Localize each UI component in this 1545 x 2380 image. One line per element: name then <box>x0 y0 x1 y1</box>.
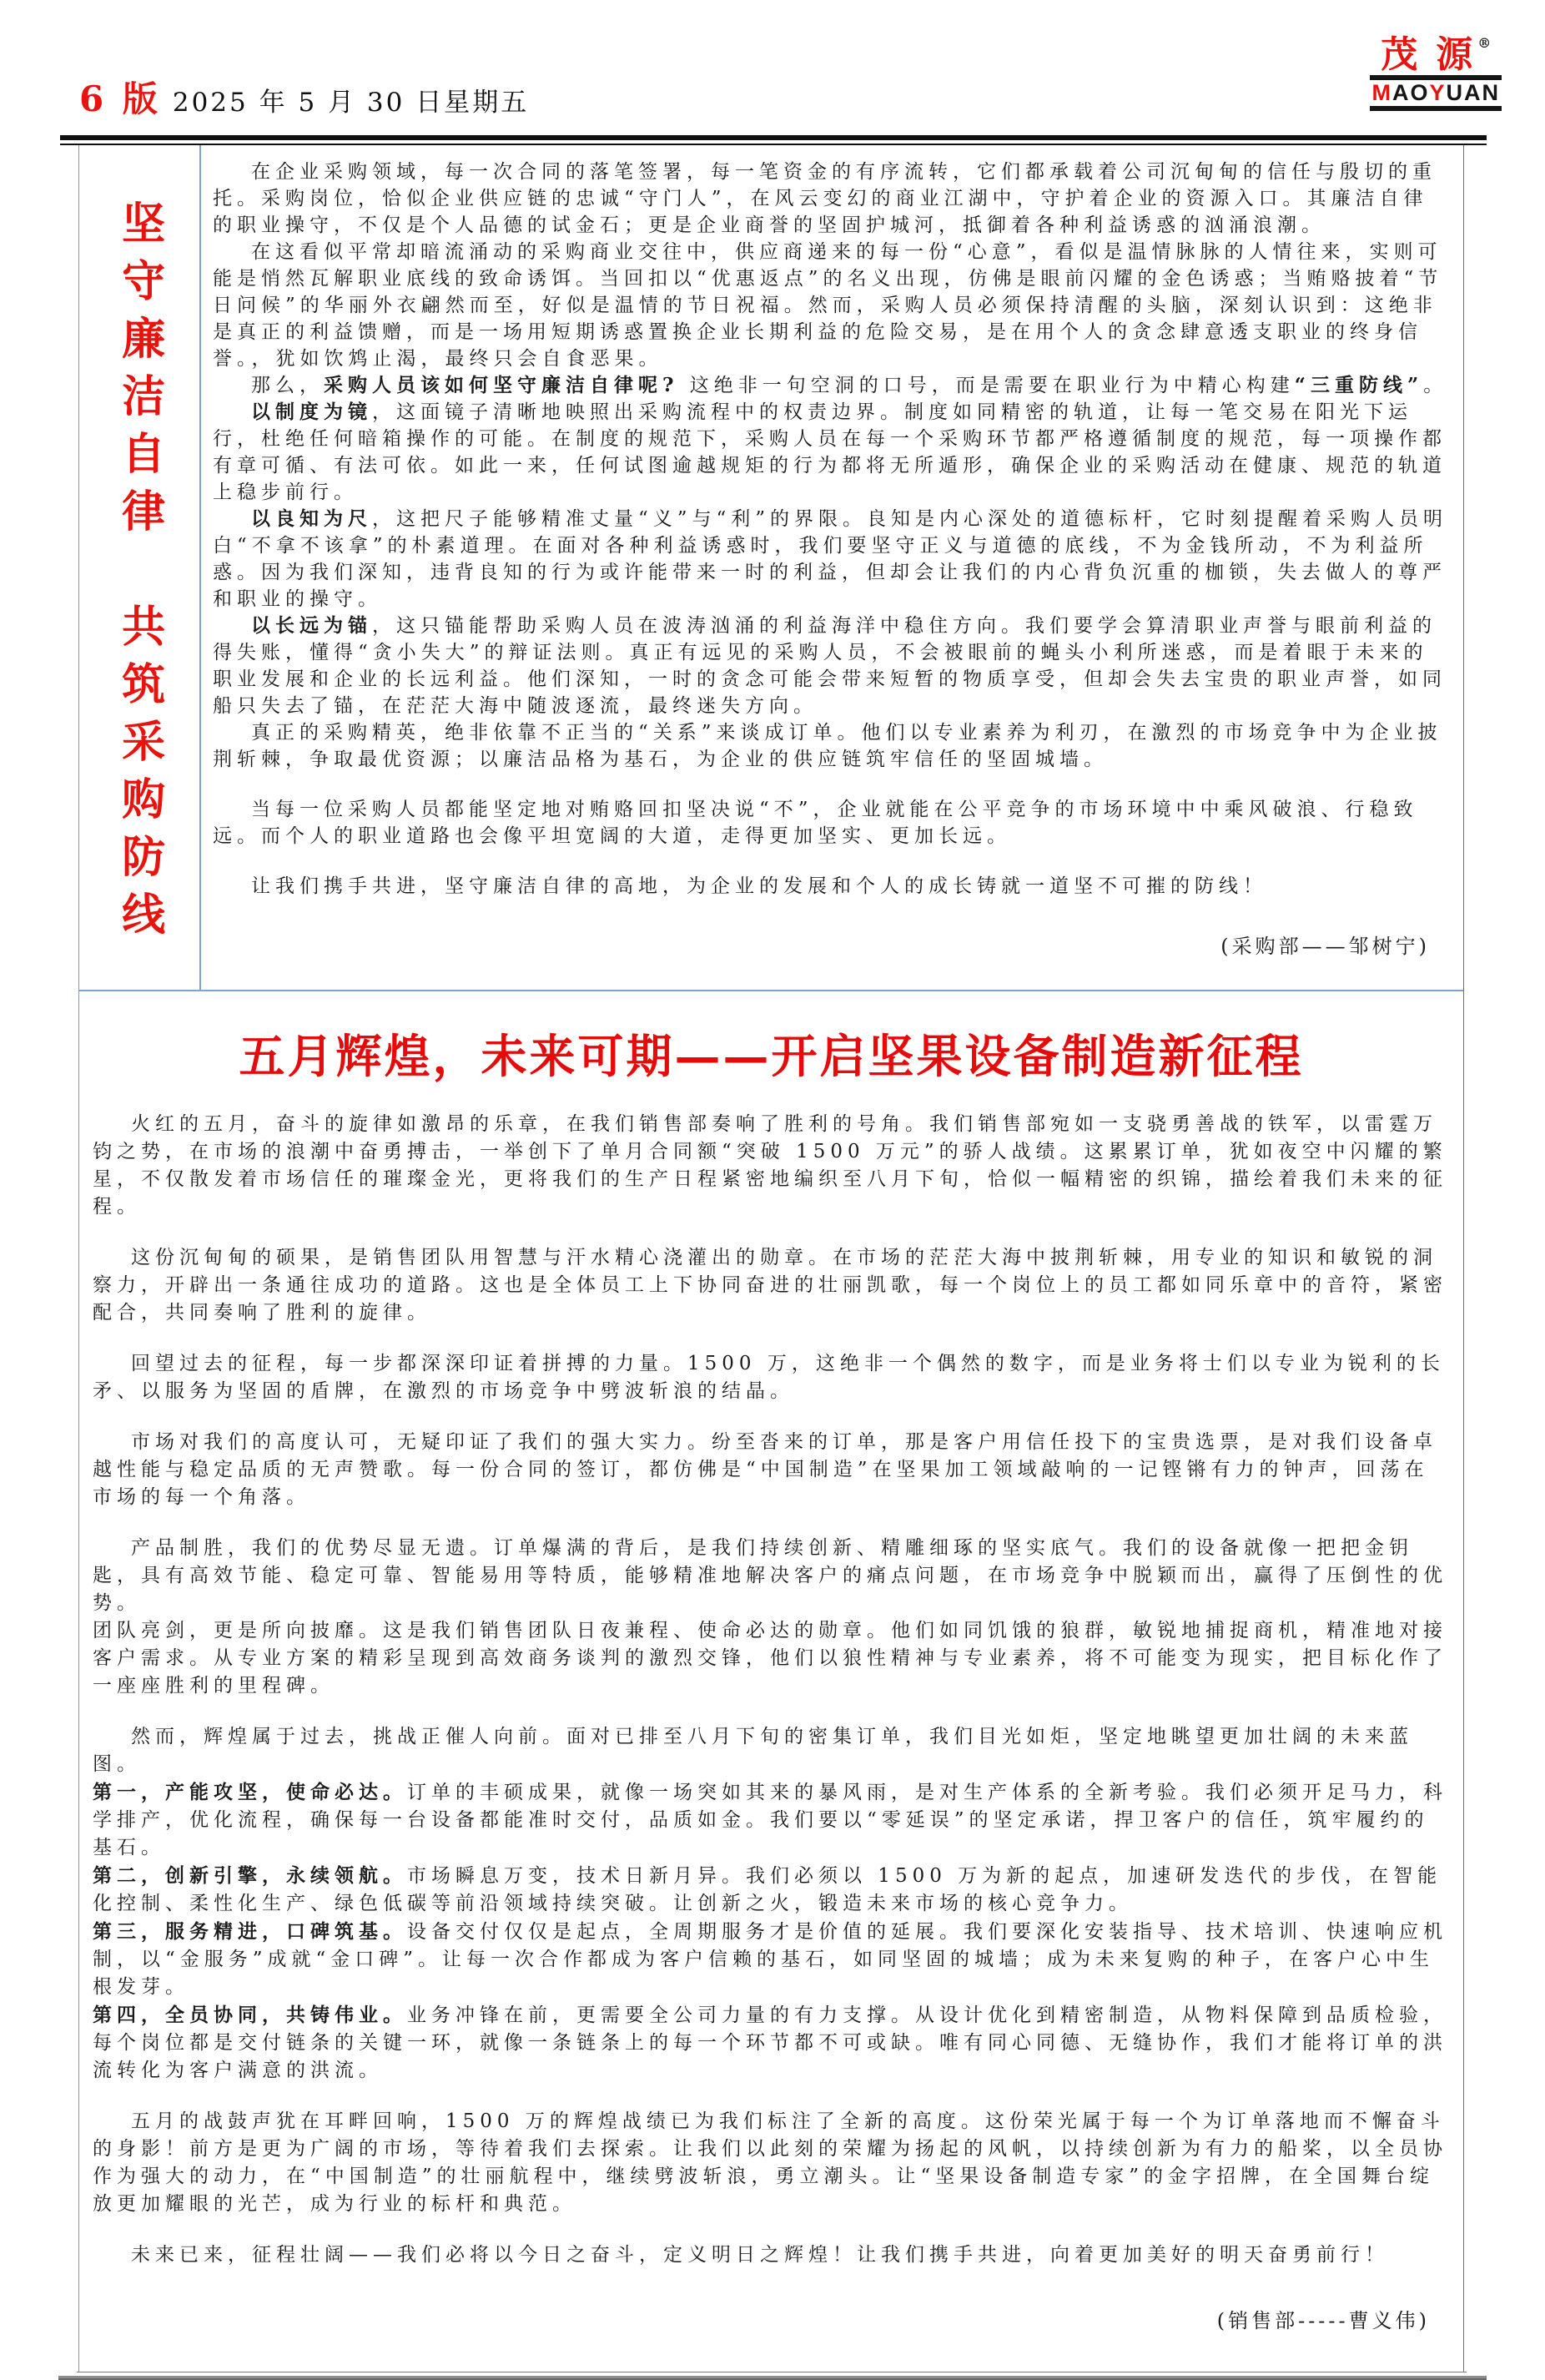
paragraph: 第二，创新引擎，永续领航。市场瞬息万变，技术日新月异。我们必须以 1500 万为… <box>93 1862 1450 1918</box>
text-run: 那么， <box>251 375 324 396</box>
paragraph: 以良知为尺，这把尺子能够精准丈量“义”与“利”的界限。良知是内心深处的道德标杆，… <box>213 506 1450 613</box>
paragraph: 五月的战鼓声犹在耳畔回响，1500 万的辉煌战绩已为我们标注了全新的高度。这份荣… <box>93 2108 1450 2218</box>
article1-paragraphs: 在企业采购领域，每一次合同的落笔签署，每一笔资金的有序流转，它们都承载着公司沉甸… <box>213 159 1450 900</box>
article2-body: 火红的五月，奋斗的旋律如激昂的乐章，在我们销售部奏响了胜利的号角。我们销售部宛如… <box>93 1111 1450 2335</box>
paragraph: 市场对我们的高度认可，无疑印证了我们的强大实力。纷至沓来的订单，那是客户用信任投… <box>93 1429 1450 1511</box>
emphasized-text-run: 第二，创新引擎，永续领航。 <box>93 1864 407 1887</box>
article1-vertical-title: 坚守廉洁自律 共筑采购防线 <box>115 200 163 990</box>
paragraph: 真正的采购精英，绝非依靠不正当的“关系”来谈成订单。他们以专业素养为利刃，在激烈… <box>213 719 1450 773</box>
article-procurement-integrity: 坚守廉洁自律 共筑采购防线 在企业采购领域，每一次合同的落笔签署，每一笔资金的有… <box>79 145 1463 991</box>
registered-trademark-icon: ® <box>1477 35 1491 51</box>
emphasized-text-run: 第四，全员协同，共铸伟业。 <box>93 2004 407 2026</box>
emphasized-text-run: 第三，服务精进，口碑筑基。 <box>93 1920 407 1943</box>
newsletter-page: { "header": { "edition": "6 版", "date": … <box>0 0 1545 2380</box>
header-divider-rule <box>60 135 1487 145</box>
paragraph: 产品制胜，我们的优势尽显无遗。订单爆满的背后，是我们持续创新、精雕细琢的坚实底气… <box>93 1535 1450 1617</box>
page-bottom-rule-thin <box>77 2372 1467 2372</box>
text-run: 五月的战鼓声犹在耳畔回响，1500 万的辉煌战绩已为我们标注了全新的高度。这份荣… <box>93 2110 1447 2215</box>
page-header: 6 版2025 年 5 月 30 日星期五 茂源® MAOYUAN <box>0 0 1545 127</box>
paragraph: 团队亮剑，更是所向披靡。这是我们销售团队日夜兼程、使命必达的勋章。他们如同饥饿的… <box>93 1617 1450 1700</box>
paragraph: 以制度为镜，这面镜子清晰地映照出采购流程中的权责边界。制度如同精密的轨道，让每一… <box>213 399 1450 506</box>
text-run: 回望过去的征程，每一步都深深印证着拼搏的力量。1500 万，这绝非一个偶然的数字… <box>93 1353 1445 1402</box>
paragraph: 在企业采购领域，每一次合同的落笔签署，每一笔资金的有序流转，它们都承载着公司沉甸… <box>213 159 1450 239</box>
article2-title: 五月辉煌，未来可期——开启坚果设备制造新征程 <box>93 1020 1450 1086</box>
article1-title-column: 坚守廉洁自律 共筑采购防线 <box>79 145 201 990</box>
paragraph: 然而，辉煌属于过去，挑战正催人向前。面对已排至八月下旬的密集订单，我们目光如炬，… <box>93 1723 1450 1778</box>
text-run: 在企业采购领域，每一次合同的落笔签署，每一笔资金的有序流转，它们都承载着公司沉甸… <box>213 161 1437 236</box>
article-sales-milestone: 五月辉煌，未来可期——开启坚果设备制造新征程 火红的五月，奋斗的旋律如激昂的乐章… <box>79 991 1463 2372</box>
paragraph: 火红的五月，奋斗的旋律如激昂的乐章，在我们销售部奏响了胜利的号角。我们销售部宛如… <box>93 1111 1450 1221</box>
paragraph: 以长远为锚，这只锚能帮助采购人员在波涛汹涌的利益海洋中稳住方向。我们要学会算清职… <box>213 613 1450 719</box>
emphasized-text-run: “三重防线” <box>1295 374 1423 396</box>
paragraph: 第四，全员协同，共铸伟业。业务冲锋在前，更需要全公司力量的有力支撑。从设计优化到… <box>93 2001 1450 2085</box>
text-run: 当每一位采购人员都能坚定地对贿赂回扣坚决说“不”，企业就能在公平竞争的市场环境中… <box>213 799 1418 847</box>
article2-paragraphs: 火红的五月，奋斗的旋律如激昂的乐章，在我们销售部奏响了胜利的号角。我们销售部宛如… <box>93 1111 1450 2269</box>
article2-signature: (销售部-----曹义伟) <box>93 2307 1450 2335</box>
text-run: 然而，辉煌属于过去，挑战正催人向前。面对已排至八月下旬的密集订单，我们目光如炬，… <box>93 1726 1413 1775</box>
article1-body: 在企业采购领域，每一次合同的落笔签署，每一笔资金的有序流转，它们都承载着公司沉甸… <box>201 145 1463 990</box>
text-run: 。 <box>1423 375 1447 396</box>
logo-latin-name: MAOYUAN <box>1370 75 1502 111</box>
emphasized-text-run: 第一，产能攻坚，使命必达。 <box>93 1781 407 1803</box>
paragraph: 那么，采购人员该如何坚守廉洁自律呢? 这绝非一句空洞的口号，而是需要在职业行为中… <box>213 372 1450 399</box>
text-run: 这绝非一句空洞的口号，而是需要在职业行为中精心构建 <box>678 375 1294 396</box>
text-run: 未来已来，征程壮阔——我们必将以今日之奋斗，定义明日之辉煌！让我们携手共进，向着… <box>131 2244 1389 2266</box>
paragraph: 回望过去的征程，每一步都深深印证着拼搏的力量。1500 万，这绝非一个偶然的数字… <box>93 1350 1450 1405</box>
article1-signature: (采购部——邹树宁) <box>213 933 1450 960</box>
edition-number: 6 版 <box>79 78 161 119</box>
text-run: 在这看似平常却暗流涌动的采购商业交往中，供应商递来的每一份“心意”，看似是温情脉… <box>213 241 1442 370</box>
paragraph: 让我们携手共进，坚守廉洁自律的高地，为企业的发展和个人的成长铸就一道坚不可摧的防… <box>213 873 1450 900</box>
logo-chinese-name: 茂源® <box>1370 37 1502 73</box>
company-logo: 茂源® MAOYUAN <box>1370 37 1502 111</box>
page-bottom-rule-thick <box>58 2376 1487 2380</box>
text-run: ，这面镜子清晰地映照出采购流程中的权责边界。制度如同精密的轨道，让每一笔交易在阳… <box>213 401 1447 503</box>
text-run: 产品制胜，我们的优势尽显无遗。订单爆满的背后，是我们持续创新、精雕细琢的坚实底气… <box>93 1537 1447 1614</box>
paragraph: 这份沉甸甸的硕果，是销售团队用智慧与汗水精心浇灌出的勋章。在市场的茫茫大海中披荆… <box>93 1244 1450 1327</box>
emphasized-text-run: 以良知为尺 <box>251 507 372 530</box>
text-run: 团队亮剑，更是所向披靡。这是我们销售团队日夜兼程、使命必达的勋章。他们如同饥饿的… <box>93 1620 1447 1697</box>
text-run: 这份沉甸甸的硕果，是销售团队用智慧与汗水精心浇灌出的勋章。在市场的茫茫大海中披荆… <box>93 1247 1447 1324</box>
emphasized-text-run: 采购人员该如何坚守廉洁自律呢? <box>324 374 678 396</box>
text-run: 让我们携手共进，坚守廉洁自律的高地，为企业的发展和个人的成长铸就一道坚不可摧的防… <box>251 875 1267 897</box>
emphasized-text-run: 以长远为锚 <box>251 614 372 637</box>
text-run: 市场对我们的高度认可，无疑印证了我们的强大实力。纷至沓来的订单，那是客户用信任投… <box>93 1431 1437 1508</box>
text-run: 火红的五月，奋斗的旋律如激昂的乐章，在我们销售部奏响了胜利的号角。我们销售部宛如… <box>93 1113 1447 1218</box>
text-run: ，这只锚能帮助采购人员在波涛汹涌的利益海洋中稳住方向。我们要学会算清职业声誉与眼… <box>213 615 1447 717</box>
emphasized-text-run: 以制度为镜 <box>251 401 372 423</box>
paragraph: 在这看似平常却暗流涌动的采购商业交往中，供应商递来的每一份“心意”，看似是温情脉… <box>213 239 1450 372</box>
paragraph: 未来已来，征程壮阔——我们必将以今日之奋斗，定义明日之辉煌！让我们携手共进，向着… <box>93 2241 1450 2269</box>
paragraph: 第三，服务精进，口碑筑基。设备交付仅仅是起点，全周期服务才是价值的延展。我们要深… <box>93 1918 1450 2001</box>
paragraph: 第一，产能攻坚，使命必达。订单的丰硕成果，就像一场突如其来的暴风雨，是对生产体系… <box>93 1778 1450 1862</box>
text-run: 真正的采购精英，绝非依靠不正当的“关系”来谈成订单。他们以专业素养为利刃，在激烈… <box>213 722 1442 770</box>
issue-date: 2025 年 5 月 30 日星期五 <box>173 88 529 118</box>
content-box: 坚守廉洁自律 共筑采购防线 在企业采购领域，每一次合同的落笔签署，每一笔资金的有… <box>78 145 1464 2372</box>
text-run: ，这把尺子能够精准丈量“义”与“利”的界限。良知是内心深处的道德标杆，它时刻提醒… <box>213 508 1447 610</box>
paragraph: 当每一位采购人员都能坚定地对贿赂回扣坚决说“不”，企业就能在公平竞争的市场环境中… <box>213 796 1450 850</box>
